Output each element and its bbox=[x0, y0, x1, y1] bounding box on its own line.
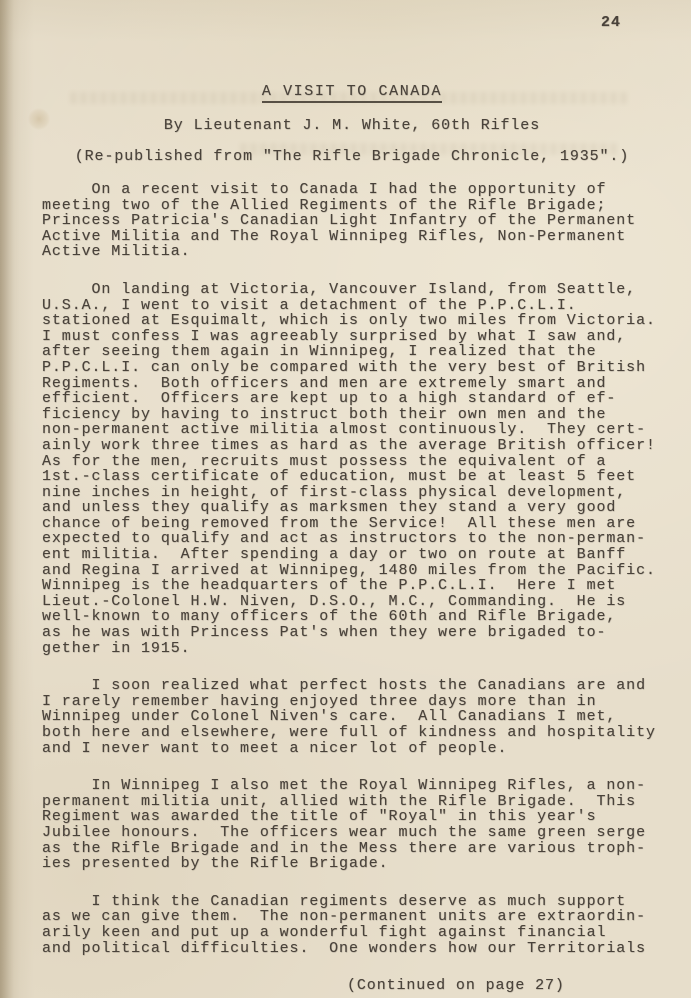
title-row: A VISIT TO CANADA bbox=[42, 82, 662, 103]
article-body: On a recent visit to Canada I had the op… bbox=[42, 182, 667, 994]
document-page: 24 A VISIT TO CANADA By Lieutenant J. M.… bbox=[0, 0, 691, 998]
body-paragraph-2: On landing at Victoria, Vancouver Island… bbox=[42, 282, 667, 656]
continuation-note: (Continued on page 27) bbox=[42, 978, 667, 994]
body-paragraph-4: In Winnipeg I also met the Royal Winnipe… bbox=[42, 778, 667, 872]
article-title: A VISIT TO CANADA bbox=[262, 83, 442, 103]
body-paragraph-1: On a recent visit to Canada I had the op… bbox=[42, 182, 667, 260]
body-paragraph-5: I think the Canadian regiments deserve a… bbox=[42, 894, 667, 956]
body-paragraph-3: I soon realized what perfect hosts the C… bbox=[42, 678, 667, 756]
source-line: (Re-published from "The Rifle Brigade Ch… bbox=[42, 148, 662, 165]
byline: By Lieutenant J. M. White, 60th Rifles bbox=[42, 117, 662, 134]
binding-shadow bbox=[0, 0, 14, 998]
page-number: 24 bbox=[601, 14, 621, 31]
